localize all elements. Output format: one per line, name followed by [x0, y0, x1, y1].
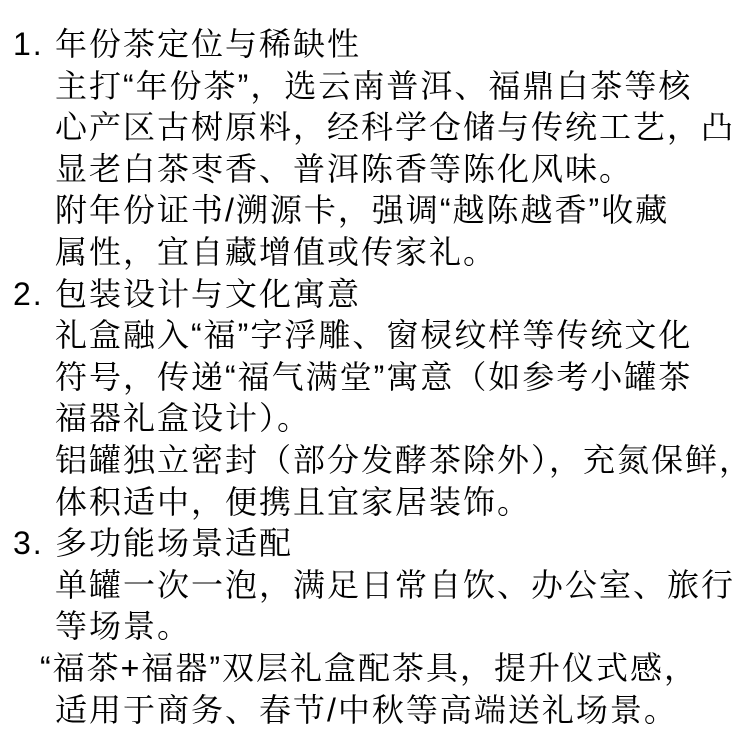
item-number: 1.	[13, 24, 55, 66]
item-number: 2.	[13, 274, 55, 316]
text-line: 铝罐独立密封（部分发酵茶除外），充氮保鲜，	[13, 440, 750, 482]
text-line: 心产区古树原料，经科学仓储与传统工艺，凸	[13, 107, 750, 149]
text-line: 单罐一次一泡，满足日常自饮、办公室、旅行	[13, 565, 750, 607]
item-title: 包装设计与文化寓意	[55, 276, 361, 312]
text-line: 属性，宜自藏增值或传家礼。	[13, 232, 750, 274]
list-item-heading: 1.年份茶定位与稀缺性	[13, 24, 750, 66]
item-title: 年份茶定位与稀缺性	[55, 26, 361, 62]
text-line: 福器礼盒设计）。	[13, 398, 750, 440]
text-line: 体积适中，便携且宜家居装饰。	[13, 482, 750, 524]
text-line: “福茶+福器”双层礼盒配茶具，提升仪式感，	[13, 648, 750, 690]
list-item-heading: 2.包装设计与文化寓意	[13, 274, 750, 316]
item-title: 多功能场景适配	[55, 525, 293, 561]
list-item-heading: 3.多功能场景适配	[13, 523, 750, 565]
text-line: 附年份证书/溯源卡，强调“越陈越香”收藏	[13, 190, 750, 232]
document-body: 1.年份茶定位与稀缺性 主打“年份茶”，选云南普洱、福鼎白茶等核 心产区古树原料…	[0, 0, 750, 731]
text-line: 主打“年份茶”，选云南普洱、福鼎白茶等核	[13, 66, 750, 108]
text-line: 等场景。	[13, 606, 750, 648]
text-line: 礼盒融入“福”字浮雕、窗棂纹样等传统文化	[13, 315, 750, 357]
text-line: 显老白茶枣香、普洱陈香等陈化风味。	[13, 149, 750, 191]
item-number: 3.	[13, 523, 55, 565]
text-line: 适用于商务、春节/中秋等高端送礼场景。	[13, 690, 750, 732]
text-line: 符号，传递“福气满堂”寓意（如参考小罐茶	[13, 357, 750, 399]
